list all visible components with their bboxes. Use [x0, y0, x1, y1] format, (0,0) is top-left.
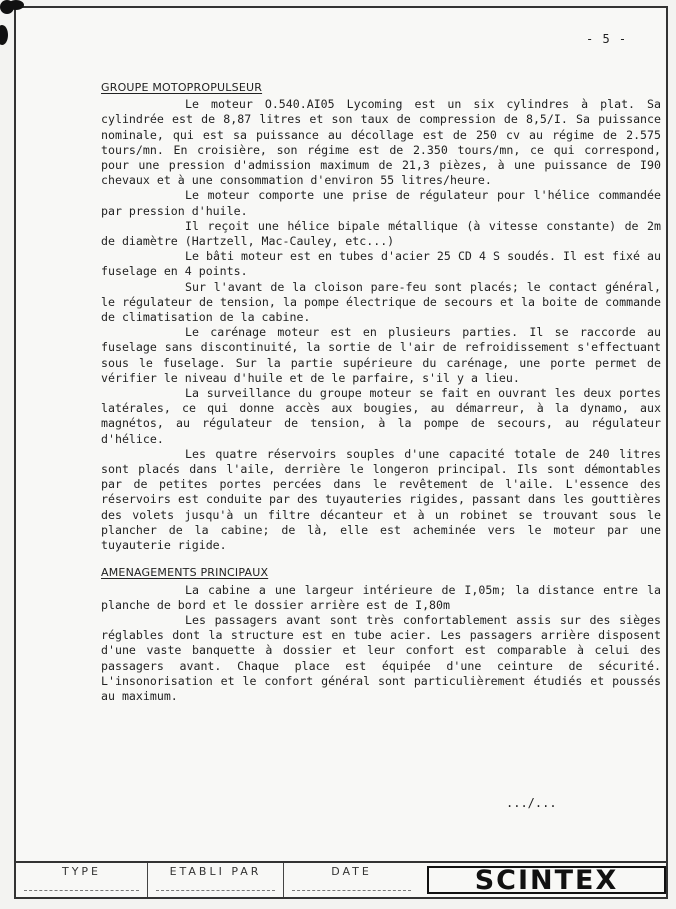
footer-date-cell: DATE — [284, 863, 419, 897]
paragraph: Le moteur O.540.AI05 Lycoming est un six… — [101, 97, 661, 188]
footer-established-by-cell: ETABLI PAR — [148, 863, 284, 897]
page-number: - 5 - — [586, 32, 627, 46]
paragraph: Le bâti moteur est en tubes d'acier 25 C… — [101, 249, 661, 279]
paragraph: Les quatre réservoirs souples d'une capa… — [101, 447, 661, 553]
paragraph: La cabine a une largeur intérieure de I,… — [101, 583, 661, 613]
fill-in-line — [156, 890, 275, 891]
title-block-footer: TYPE ETABLI PAR DATE SCINTEX — [14, 861, 668, 899]
binder-hole-mark — [8, 0, 24, 10]
fill-in-line — [24, 890, 139, 891]
paragraph: Le carénage moteur est en plusieurs part… — [101, 325, 661, 386]
paragraph: Les passagers avant sont très confortabl… — [101, 613, 661, 704]
paragraph: Le moteur comporte une prise de régulate… — [101, 188, 661, 218]
document-body: GROUPE MOTOPROPULSEUR Le moteur O.540.AI… — [101, 80, 661, 704]
paragraph: Sur l'avant de la cloison pare-feu sont … — [101, 280, 661, 326]
continuation-mark: .../... — [506, 796, 557, 810]
footer-type-cell: TYPE — [16, 863, 148, 897]
binder-hole-mark — [0, 25, 8, 45]
paragraph: La surveillance du groupe moteur se fait… — [101, 386, 661, 447]
section-heading-motopropulseur: GROUPE MOTOPROPULSEUR — [101, 80, 262, 95]
footer-established-by-label: ETABLI PAR — [170, 865, 262, 878]
paragraph: Il reçoit une hélice bipale métallique (… — [101, 219, 661, 249]
footer-type-label: TYPE — [62, 865, 101, 878]
section-heading-amenagements: AMENAGEMENTS PRINCIPAUX — [101, 565, 268, 580]
brand-logo: SCINTEX — [427, 866, 666, 894]
footer-date-label: DATE — [331, 865, 372, 878]
fill-in-line — [292, 890, 411, 891]
